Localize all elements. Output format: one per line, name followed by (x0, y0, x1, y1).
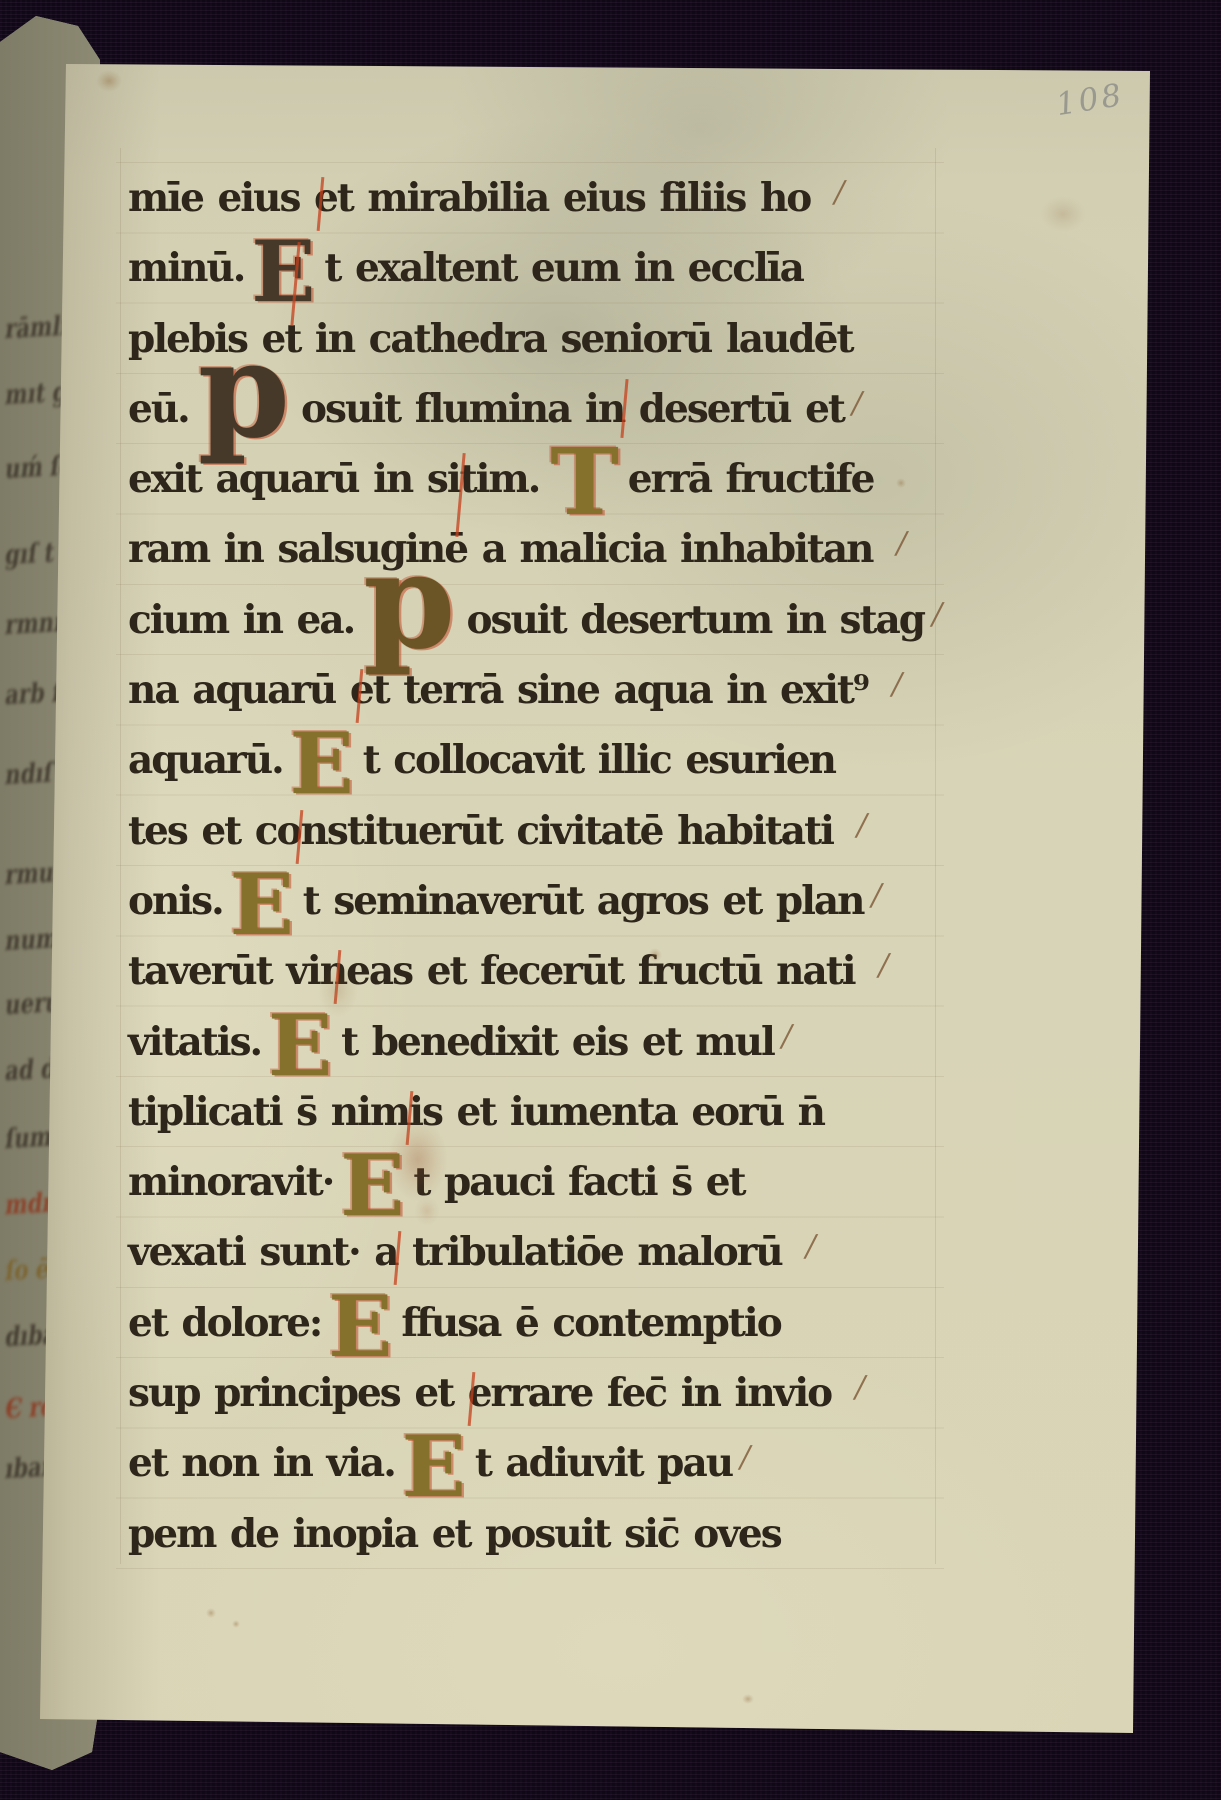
line-end-stroke: ∕ (892, 667, 902, 702)
line-end-stroke: ∕ (872, 878, 882, 913)
line-end-stroke: ∕ (852, 386, 862, 421)
manuscript-page: 108 mīe eius et mirabilia eius filiis ho… (0, 0, 1221, 1800)
text-line: exit aquarū in sitim.Terrā fructife (128, 439, 910, 509)
text-line: sup principes et errare fec̄ in invio∕ (128, 1353, 910, 1423)
text-line: taverūt vineas et fecerūt fructū nati∕ (128, 931, 910, 1001)
line-text: osuit desertum in stag (466, 597, 924, 643)
line-text: vexati sunt· a tribulatiōe malorū (128, 1229, 782, 1275)
line-text: tes et constituerūt civitatē habitati (128, 808, 833, 854)
line-text: aquarū. (128, 737, 283, 783)
line-text: vitatis. (128, 1019, 261, 1065)
line-text: osuit flumina in desertū et (301, 386, 844, 432)
text-line: onis.Et seminaverūt agros et plan∕ (128, 861, 910, 931)
line-text: sup principes et errare fec̄ in invio (128, 1370, 831, 1416)
text-line: cium in ea.Posuit desertum in stag∕ (128, 580, 910, 650)
line-text: exit aquarū in sitim. (128, 456, 539, 502)
stain (1040, 196, 1086, 232)
line-text: et dolore: (128, 1300, 321, 1346)
text-line: mīe eius et mirabilia eius filiis ho∕ (128, 158, 910, 228)
line-end-stroke: ∕ (879, 948, 889, 983)
line-text: t seminaverūt agros et plan (303, 878, 864, 924)
line-text: eū. (128, 386, 189, 432)
text-line: vitatis.Et benedixit eis et mul∕ (128, 1002, 910, 1072)
line-text: taverūt vineas et fecerūt fructū nati (128, 948, 855, 994)
text-line: minū.Et exaltent eum in ecclīa (128, 228, 910, 298)
line-end-stroke: ∕ (806, 1229, 816, 1264)
text-line: vexati sunt· a tribulatiōe malorū∕ (128, 1212, 910, 1282)
line-text: et non in via. (128, 1440, 395, 1486)
line-end-stroke: ∕ (740, 1440, 750, 1475)
text-line: ram in salsuginē a malicia inhabitan∕ (128, 509, 910, 579)
line-text: cium in ea. (128, 597, 354, 643)
text-line: aquarū.Et collocavit illic esurien (128, 720, 910, 790)
line-text: t exaltent eum in ecclīa (324, 245, 802, 291)
line-end-stroke: ∕ (855, 1370, 865, 1405)
text-line: na aquarū et terrā sine aqua in exit⁹∕ (128, 650, 910, 720)
line-text: ffusa ē contemptio (401, 1300, 780, 1346)
stain (232, 1620, 240, 1628)
text-line: eū.Posuit flumina in desertū et∕ (128, 369, 910, 439)
stain (742, 1694, 754, 1704)
line-text: tiplicati s̄ nimis et iumenta eorū n̄ (128, 1089, 824, 1135)
line-text: pem de inopia et posuit sic̄ oves (128, 1511, 781, 1557)
line-end-stroke: ∕ (897, 526, 907, 561)
line-text: ram in salsuginē a malicia inhabitan (128, 526, 873, 572)
line-text: errā fructife (628, 456, 874, 502)
text-line: tiplicati s̄ nimis et iumenta eorū n̄ (128, 1072, 910, 1142)
line-text: na aquarū et terrā sine aqua in exit⁹ (128, 667, 868, 713)
line-end-stroke: ∕ (782, 1019, 792, 1054)
line-text: t benedixit eis et mul (341, 1019, 774, 1065)
line-text: t pauci facti s̄ et (413, 1159, 744, 1205)
line-text: t collocavit illic esurien (363, 737, 835, 783)
text-line: et non in via.Et adiuvit pau∕ (128, 1423, 910, 1493)
stain (96, 70, 122, 92)
line-text: minū. (128, 245, 244, 291)
folio-number: 108 (1054, 77, 1127, 123)
line-text: minoravit· (128, 1159, 333, 1205)
manuscript-photograph: rāmlıe mıt gı uḿ ſcrı gıſ t rmnııſ arb f… (0, 0, 1221, 1800)
text-line: pem de inopia et posuit sic̄ oves (128, 1494, 910, 1564)
text-block: mīe eius et mirabilia eius filiis ho∕ mi… (128, 158, 910, 1570)
line-text: t adiuvit pau (475, 1440, 732, 1486)
stain (206, 1608, 216, 1618)
text-line: tes et constituerūt civitatē habitati∕ (128, 791, 910, 861)
line-end-stroke: ∕ (932, 597, 942, 632)
line-text: onis. (128, 878, 223, 924)
text-line: et dolore:Effusa ē contemptio (128, 1283, 910, 1353)
line-end-stroke: ∕ (834, 175, 844, 210)
line-end-stroke: ∕ (857, 808, 867, 843)
line-text: mīe eius et mirabilia eius filiis ho (128, 175, 810, 221)
text-line: minoravit·Et pauci facti s̄ et (128, 1142, 910, 1212)
